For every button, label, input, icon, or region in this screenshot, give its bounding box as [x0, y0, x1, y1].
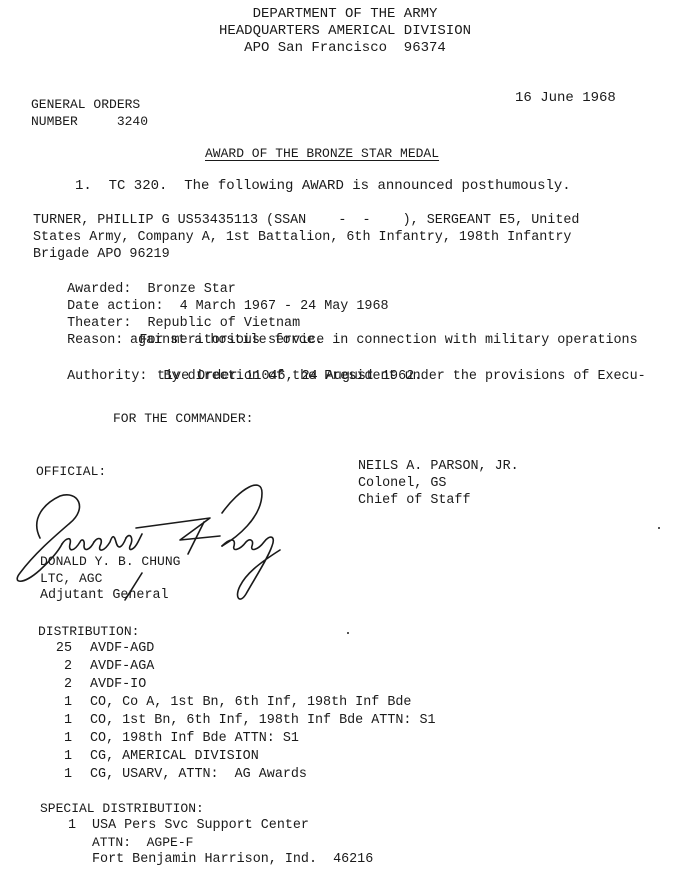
- detail-reason-label: Reason:: [67, 333, 123, 348]
- general-orders-number: NUMBER 3240: [31, 113, 148, 130]
- official-label: OFFICIAL:: [36, 463, 106, 480]
- chief-of-staff-title: Chief of Staff: [358, 492, 471, 509]
- distribution-count: 2: [44, 676, 72, 693]
- distribution-recipient: AVDF-AGA: [90, 658, 154, 675]
- recipient-line-3: Brigade APO 96219: [33, 246, 170, 263]
- distribution-recipient: AVDF-IO: [90, 676, 146, 693]
- distribution-count: 2: [44, 658, 72, 675]
- distribution-heading: DISTRIBUTION:: [38, 623, 139, 640]
- for-the-commander: FOR THE COMMANDER:: [113, 410, 253, 427]
- distribution-count: 1: [44, 694, 72, 711]
- distribution-count: 1: [44, 748, 72, 765]
- adjutant-title: Adjutant General: [40, 587, 169, 604]
- distribution-recipient: CO, 198th Inf Bde ATTN: S1: [90, 730, 299, 747]
- distribution-count: 1: [44, 730, 72, 747]
- special-distribution-line-1: USA Pers Svc Support Center: [92, 817, 309, 834]
- chief-of-staff-rank: Colonel, GS: [358, 475, 446, 492]
- scan-speck: [347, 632, 349, 634]
- special-distribution-line-3: Fort Benjamin Harrison, Ind. 46216: [92, 851, 373, 868]
- letterhead-department: DEPARTMENT OF THE ARMY: [0, 6, 695, 23]
- detail-authority-label: Authority:: [67, 369, 147, 384]
- distribution-recipient: CG, USARV, ATTN: AG Awards: [90, 766, 307, 783]
- distribution-recipient: AVDF-AGD: [90, 640, 154, 657]
- detail-authority-continuation: tive Order 11046, 24 August 1962.: [157, 368, 422, 385]
- special-distribution-heading: SPECIAL DISTRIBUTION:: [40, 800, 204, 817]
- recipient-line-2: States Army, Company A, 1st Battalion, 6…: [33, 229, 571, 246]
- special-distribution-count: 1: [68, 817, 76, 834]
- adjutant-name: DONALD Y. B. CHUNG: [40, 553, 180, 570]
- order-date: 16 June 1968: [515, 90, 616, 107]
- adjutant-rank: LTC, AGC: [40, 570, 102, 587]
- distribution-recipient: CG, AMERICAL DIVISION: [90, 748, 259, 765]
- scan-speck: [658, 527, 660, 529]
- recipient-line-1: TURNER, PHILLIP G US53435113 (SSAN - - )…: [33, 212, 579, 229]
- distribution-recipient: CO, 1st Bn, 6th Inf, 198th Inf Bde ATTN:…: [90, 712, 436, 729]
- paragraph-intro: 1. TC 320. The following AWARD is announ…: [75, 178, 571, 195]
- letterhead-headquarters: HEADQUARTERS AMERICAL DIVISION: [0, 23, 695, 40]
- distribution-count: 25: [44, 640, 72, 657]
- chief-of-staff-name: NEILS A. PARSON, JR.: [358, 458, 519, 475]
- letterhead-apo: APO San Francisco 96374: [0, 40, 695, 57]
- general-orders-label: GENERAL ORDERS: [31, 96, 140, 113]
- distribution-count: 1: [44, 712, 72, 729]
- distribution-recipient: CO, Co A, 1st Bn, 6th Inf, 198th Inf Bde: [90, 694, 411, 711]
- special-distribution-line-2: ATTN: AGPE-F: [92, 834, 193, 851]
- detail-reason-continuation: against a hostile force.: [130, 332, 323, 349]
- distribution-count: 1: [44, 766, 72, 783]
- award-title: AWARD OF THE BRONZE STAR MEDAL: [205, 145, 439, 162]
